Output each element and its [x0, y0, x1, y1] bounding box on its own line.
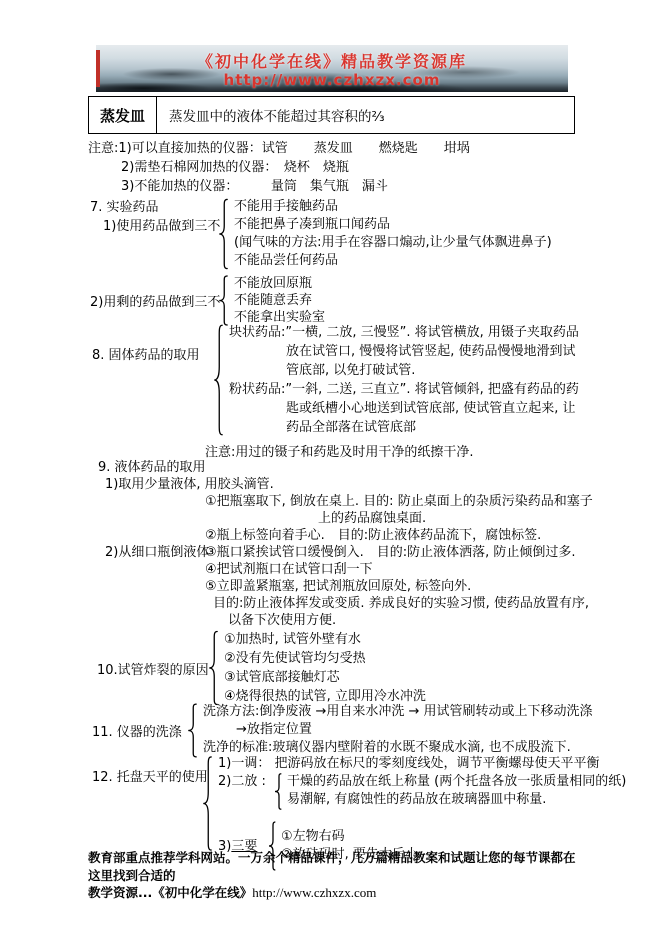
footer-line-2: 教学资源...《初中化学在线》http://www.czhxzx.com: [88, 884, 577, 902]
section-8-title: 8. 固体药品的取用: [92, 344, 213, 437]
sec9-purpose: 目的:防止液体挥发或变质. 养成良好的实验习惯, 使药品放置有序,: [213, 595, 593, 612]
section-8-solid-chemicals: 8. 固体药品的取用 块状药品:”一横, 二放, 三慢竖”. 将试管横放, 用镊…: [92, 323, 581, 437]
footer-line-1: 教育部重点推荐学科网站。一万余个精品课件，几万篇精品教案和试题让您的每节课都在这…: [88, 849, 577, 884]
sec9-step: ④把试剂瓶口在试管口刮一下: [205, 561, 593, 578]
footer-url-link[interactable]: http://www.czhxzx.com: [252, 885, 376, 900]
sec7-group-1: 7. 实验药品 1)使用药品做到三不 不能用手接触药品 不能把鼻子凑到瓶口闻药品…: [90, 198, 552, 270]
sec9-sub-1: 1)取用少量液体, 用胶头滴管.: [105, 476, 593, 493]
sec9-step: ⑤立即盖紧瓶塞, 把试剂瓶放回原处, 标签向外.: [205, 578, 593, 595]
curly-brace: [208, 630, 218, 706]
sec7-group1-label: 1)使用药品做到三不: [103, 217, 218, 236]
section-11-title: 11. 仪器的洗涤: [92, 703, 187, 758]
sec12-item2-label: 2)二放 :: [218, 773, 274, 810]
note-label: 注意:: [88, 141, 118, 156]
curly-brace: [218, 198, 228, 270]
sec9-sub-2: 2)从细口瓶倒液体: [105, 544, 205, 561]
sec7-g2-item: 不能放回原瓶: [234, 275, 325, 292]
sec9-step: ③瓶口紧挨试管口缓慢倒入. 目的:防止液体洒落, 防止倾倒过多.: [205, 544, 576, 561]
section-7-title: 7. 实验药品: [90, 198, 218, 217]
note-item-3: 3)不能加热的仪器： 量筒 集气瓶 漏斗: [121, 177, 470, 196]
sec11-method-line: →放指定位置: [236, 721, 593, 739]
heating-notes: 注意:1)可以直接加热的仪器：试管 蒸发皿 燃烧匙 坩埚 2)需垫石棉网加热的仪…: [88, 139, 470, 196]
sec8-entry-block: 粉状药品:”一斜, 二送, 三直立”. 将试管倾斜, 把盛有药品的药匙或纸槽小心…: [229, 380, 581, 437]
note-item-2: 2)需垫石棉网加热的仪器： 烧杯 烧瓶: [121, 158, 470, 177]
sec11-method-line: 洗涤方法:倒净废液 →用自来水冲洗 → 用试管刷转动或上下移动洗涤: [203, 703, 593, 721]
table-definition-cell: 蒸发皿中的液体不能超过其容积的⅔: [157, 97, 574, 133]
sec7-g1-item: 不能品尝任何药品: [234, 252, 552, 270]
definition-table: 蒸发皿 蒸发皿中的液体不能超过其容积的⅔: [88, 96, 575, 134]
table-term-cell: 蒸发皿: [89, 97, 157, 133]
sec12-item-1: 1)一调： 把游码放在标尺的零刻度线处，调节平衡螺母使天平平衡: [218, 755, 626, 772]
sec7-group-2: 2)用剩的药品做到三不 不能放回原瓶 不能随意丢弃 不能拿出实验室: [90, 275, 552, 326]
section-10-title: 10.试管炸裂的原因: [97, 630, 208, 706]
banner-url-link[interactable]: http://www.czhxzx.com: [96, 71, 568, 89]
sec7-g1-item: 不能把鼻子凑到瓶口闻药品: [234, 216, 552, 234]
section-9-title: 9. 液体药品的取用: [98, 459, 593, 476]
sec7-group2-label: 2)用剩的药品做到三不: [90, 275, 218, 326]
sec9-step: ②瓶上标签向着手心. 目的:防止液体药品流下，腐蚀标签.: [205, 527, 593, 544]
section-9-liquid-chemicals: 9. 液体药品的取用 1)取用少量液体, 用胶头滴管. ①把瓶塞取下, 倒放在桌…: [98, 459, 593, 629]
sec9-sub-2-row: 2)从细口瓶倒液体 ③瓶口紧挨试管口缓慢倒入. 目的:防止液体洒落, 防止倾倒过…: [98, 544, 593, 561]
curly-brace: [213, 323, 223, 437]
sec8-note: 注意:用过的镊子和药匙及时用干净的纸擦干净.: [205, 441, 474, 460]
note-line-1: 注意:1)可以直接加热的仪器：试管 蒸发皿 燃烧匙 坩埚: [88, 139, 470, 158]
curly-brace: [187, 703, 197, 758]
sec12-item3-line: ①左物右码: [281, 828, 418, 846]
sec10-item: ③试管底部接触灯芯: [224, 668, 426, 687]
site-banner: 《初中化学在线》精品教学资源库 http://www.czhxzx.com: [96, 45, 568, 92]
sec8-entry-block: 块状药品:”一横, 二放, 三慢竖”. 将试管横放, 用镊子夹取药品放在试管口,…: [229, 323, 581, 380]
sec10-item: ①加热时, 试管外壁有水: [224, 630, 426, 649]
sec8-entry-body: ”一斜, 二送, 三直立”. 将试管倾斜, 把盛有药品的药匙或纸槽小心地送到试管…: [285, 382, 579, 435]
curly-brace: [274, 773, 282, 810]
sec7-g2-item: 不能随意丢弃: [234, 292, 325, 309]
sec8-entry-head: 粉状药品:: [229, 382, 285, 397]
curly-brace: [202, 755, 212, 852]
sec12-item2-line: 易潮解, 有腐蚀性的药品放在玻璃器皿中称量.: [287, 791, 626, 809]
curly-brace: [218, 275, 228, 326]
sec9-step: ①把瓶塞取下, 倒放在桌上. 目的: 防止桌面上的杂质污染药品和塞子: [205, 493, 593, 510]
sec8-entry-head: 块状药品:: [229, 325, 285, 340]
sec12-item-2: 2)二放 : 干燥的药品放在纸上称量 (两个托盘各放一张质量相同的纸) 易潮解,…: [218, 773, 626, 810]
promo-footer: 教育部重点推荐学科网站。一万余个精品课件，几万篇精品教案和试题让您的每节课都在这…: [88, 849, 577, 902]
sec9-purpose-cont: 以备下次使用方便.: [228, 612, 593, 629]
sec7-g1-item: (闻气味的方法:用手在容器口煽动,让少量气体飘进鼻子): [234, 234, 552, 252]
section-7-experiment-chemicals: 7. 实验药品 1)使用药品做到三不 不能用手接触药品 不能把鼻子凑到瓶口闻药品…: [90, 198, 552, 326]
sec10-item: ②没有先使试管均匀受热: [224, 649, 426, 668]
sec9-step-cont: 上的药品腐蚀桌面.: [318, 510, 593, 527]
section-10-tube-crack-reasons: 10.试管炸裂的原因 ①加热时, 试管外壁有水 ②没有先使试管均匀受热 ③试管底…: [97, 630, 426, 706]
sec7-g1-item: 不能用手接触药品: [234, 198, 552, 216]
sec12-item2-line: 干燥的药品放在纸上称量 (两个托盘各放一张质量相同的纸): [287, 773, 626, 791]
note-item-1: 1)可以直接加热的仪器：试管 蒸发皿 燃烧匙 坩埚: [118, 141, 469, 156]
sec8-entry-body: ”一横, 二放, 三慢竖”. 将试管横放, 用镊子夹取药品放在试管口, 慢慢将试…: [285, 325, 579, 378]
banner-title: 《初中化学在线》精品教学资源库: [96, 49, 568, 72]
section-11-washing-instruments: 11. 仪器的洗涤 洗涤方法:倒净废液 →用自来水冲洗 → 用试管刷转动或上下移…: [92, 703, 593, 758]
footer-line-2-text: 教学资源...《初中化学在线》: [88, 885, 252, 900]
